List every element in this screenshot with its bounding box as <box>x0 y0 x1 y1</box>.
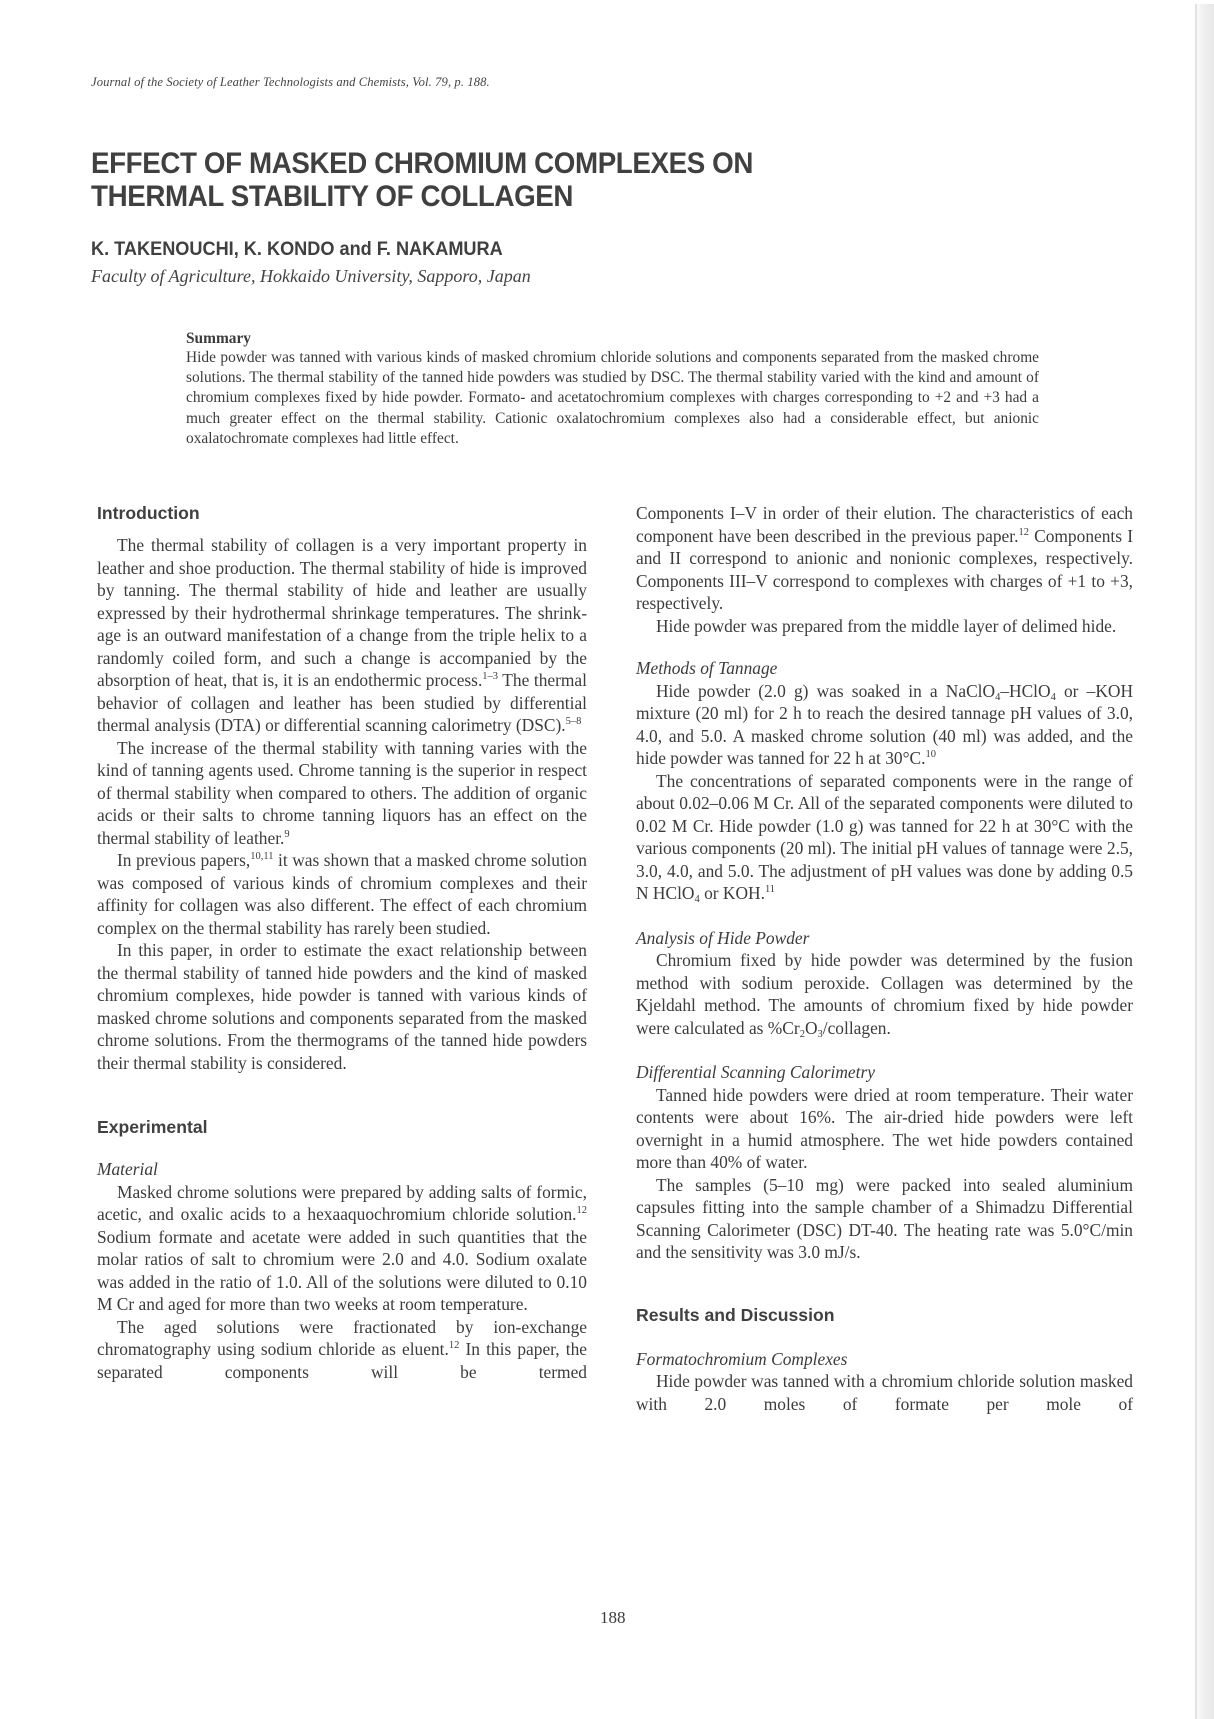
formato-paragraph-1: Hide powder was tanned with a chromium c… <box>636 1370 1133 1415</box>
experimental-heading: Experimental <box>97 1116 587 1138</box>
citation: 12 <box>1018 527 1029 538</box>
summary-block: Summary Hide powder was tanned with vari… <box>186 330 1039 449</box>
introduction-heading: Introduction <box>97 502 587 524</box>
article-title: EFFECT OF MASKED CHROMIUM COMPLEXES ON T… <box>91 147 753 213</box>
citation: 5–8 <box>566 716 582 727</box>
authors: K. TAKENOUCHI, K. KONDO and F. NAKAMURA <box>91 238 503 261</box>
intro-paragraph-4: In this paper, in order to estimate the … <box>97 939 587 1074</box>
citation: 9 <box>284 829 289 840</box>
page-number: 188 <box>600 1608 626 1628</box>
right-column: Components I–V in order of their elution… <box>636 502 1133 1415</box>
material-paragraph-3: Hide powder was prepared from the middle… <box>636 615 1133 638</box>
title-line-1: EFFECT OF MASKED CHROMIUM COMPLEXES ON <box>91 147 753 180</box>
page-edge-line <box>1195 4 1197 1719</box>
intro-paragraph-1: The thermal stability of collagen is a v… <box>97 534 587 737</box>
methods-subheading: Methods of Tannage <box>636 657 1133 680</box>
summary-text: Hide powder was tanned with various kind… <box>186 348 1039 449</box>
material-paragraph-2-continued: Components I–V in order of their elution… <box>636 502 1133 615</box>
material-paragraph-1: Masked chrome solutions were prepared by… <box>97 1181 587 1316</box>
summary-heading: Summary <box>186 330 1039 348</box>
citation: 10 <box>925 749 936 760</box>
dsc-paragraph-2: The samples (5–10 mg) were packed into s… <box>636 1174 1133 1264</box>
analysis-subheading: Analysis of Hide Powder <box>636 927 1133 950</box>
results-heading: Results and Discussion <box>636 1304 1133 1326</box>
intro-paragraph-2: The increase of the thermal stability wi… <box>97 737 587 850</box>
dsc-paragraph-1: Tanned hide powders were dried at room t… <box>636 1084 1133 1174</box>
methods-paragraph-1: Hide powder (2.0 g) was soaked in a NaCl… <box>636 680 1133 770</box>
title-line-2: THERMAL STABILITY OF COLLAGEN <box>91 180 753 213</box>
dsc-subheading: Differential Scanning Calorimetry <box>636 1061 1133 1084</box>
citation: 1–3 <box>482 671 498 682</box>
material-paragraph-2: The aged solutions were fractionated by … <box>97 1316 587 1384</box>
citation: 11 <box>765 884 775 895</box>
analysis-paragraph-1: Chromium fixed by hide powder was determ… <box>636 949 1133 1039</box>
citation: 10,11 <box>250 851 273 862</box>
citation: 12 <box>577 1205 588 1216</box>
material-subheading: Material <box>97 1158 587 1181</box>
affiliation: Faculty of Agriculture, Hokkaido Univers… <box>91 266 531 287</box>
intro-paragraph-3: In previous papers,10,11 it was shown th… <box>97 849 587 939</box>
methods-paragraph-2: The concentrations of separated componen… <box>636 770 1133 905</box>
page-edge-shadow <box>1194 4 1214 1719</box>
running-head: Journal of the Society of Leather Techno… <box>91 75 490 90</box>
citation: 12 <box>449 1340 460 1351</box>
left-column: Introduction The thermal stability of co… <box>97 502 587 1383</box>
formato-subheading: Formatochromium Complexes <box>636 1348 1133 1371</box>
